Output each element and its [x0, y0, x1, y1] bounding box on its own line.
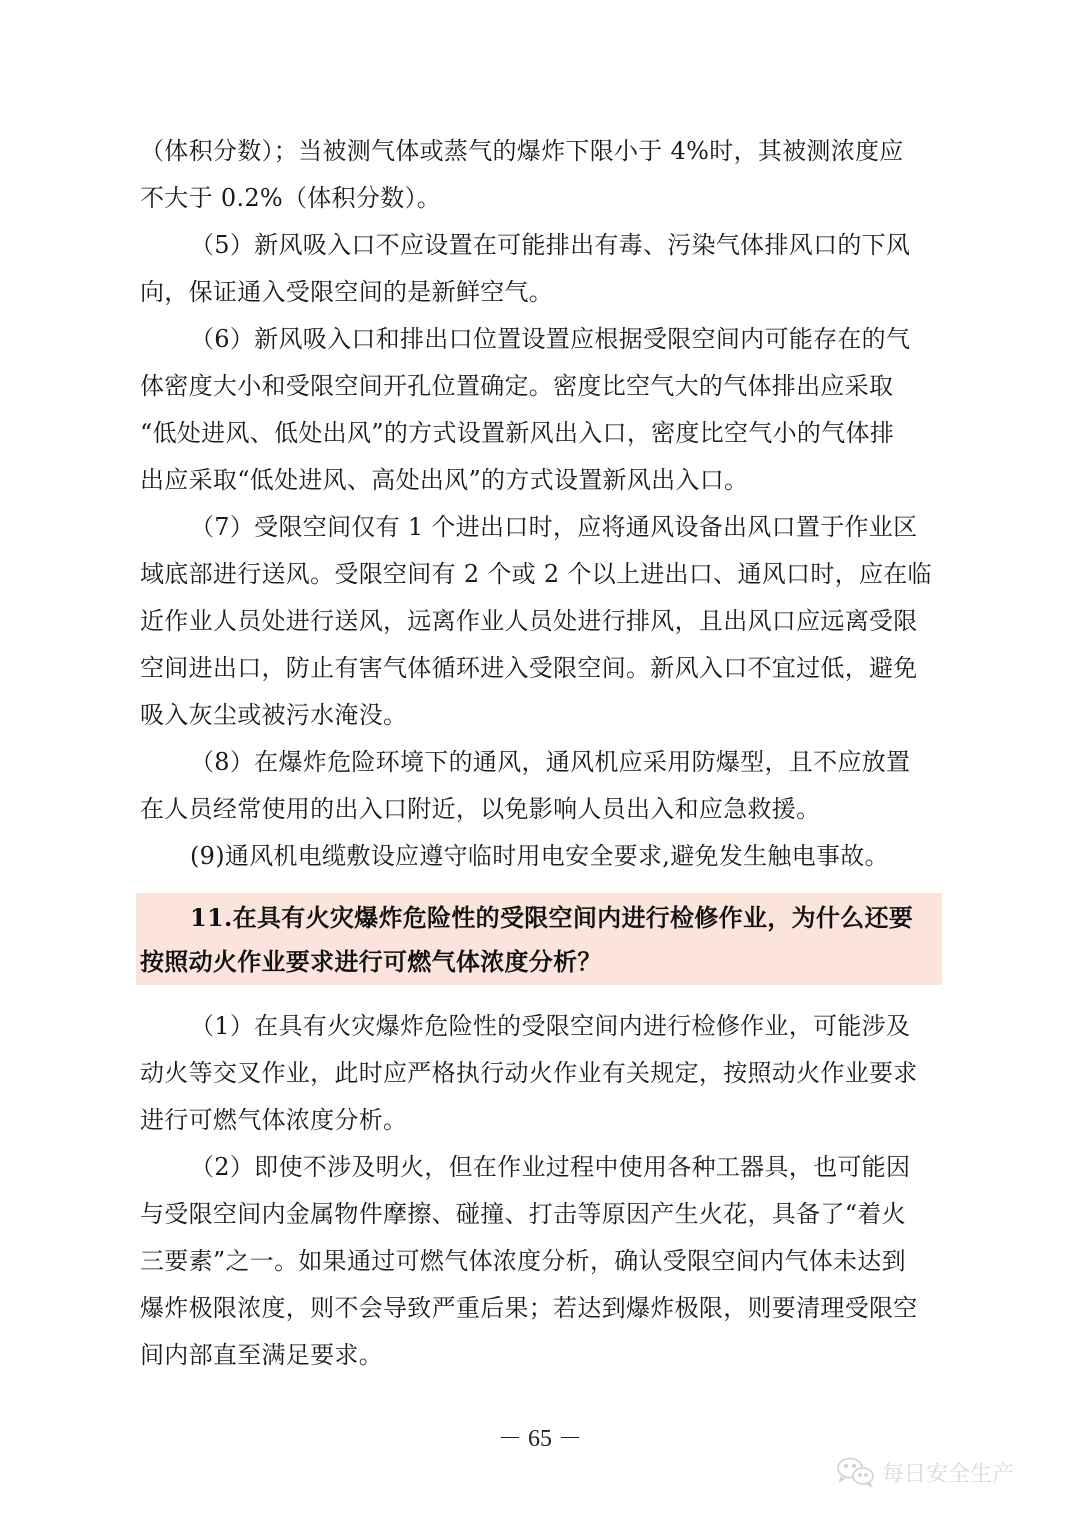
item-7-line: 域底部进行送风。受限空间有 2 个或 2 个以上进出口、通风口时，应在临	[140, 551, 940, 598]
heading-line: 11.在具有火灾爆炸危险性的受限空间内进行检修作业，为什么还要	[140, 896, 940, 940]
item-5-line: 向，保证通入受限空间的是新鲜空气。	[140, 269, 940, 316]
document-page: （体积分数）；当被测气体或蒸气的爆炸下限小于 4%时，其被测浓度应 不大于 0.…	[0, 0, 1080, 1528]
item-7-line: 空间进出口，防止有害气体循环进入受限空间。新风入口不宜过低，避免	[140, 645, 940, 692]
answer-1-line: 进行可燃气体浓度分析。	[140, 1097, 940, 1144]
item-5-line: （5）新风吸入口不应设置在可能排出有毒、污染气体排风口的下风	[140, 222, 940, 269]
watermark: 每日安全生产	[836, 1456, 1014, 1488]
item-7-line: 近作业人员处进行送风，远离作业人员处进行排风，且出风口应远离受限	[140, 598, 940, 645]
item-6-line: （6）新风吸入口和排出口位置设置应根据受限空间内可能存在的气	[140, 316, 940, 363]
item-7-line: （7）受限空间仅有 1 个进出口时，应将通风设备出风口置于作业区	[140, 504, 940, 551]
text-line: 不大于 0.2%（体积分数）。	[140, 175, 940, 222]
body-text-upper: （体积分数）；当被测气体或蒸气的爆炸下限小于 4%时，其被测浓度应 不大于 0.…	[140, 128, 940, 880]
item-8-line: （8）在爆炸危险环境下的通风，通风机应采用防爆型，且不应放置	[140, 739, 940, 786]
item-6-line: “低处进风、低处出风”的方式设置新风出入口，密度比空气小的气体排	[140, 410, 940, 457]
answer-2-line: 三要素”之一。如果通过可燃气体浓度分析，确认受限空间内气体未达到	[140, 1238, 940, 1285]
answer-2-line: 与受限空间内金属物件摩擦、碰撞、打击等原因产生火花，具备了“着火	[140, 1191, 940, 1238]
body-text-lower: （1）在具有火灾爆炸危险性的受限空间内进行检修作业，可能涉及 动火等交叉作业，此…	[140, 1003, 940, 1379]
page-number: － 65 －	[0, 1418, 1080, 1453]
item-8-line: 在人员经常使用的出入口附近，以免影响人员出入和应急救援。	[140, 786, 940, 833]
heading-line: 按照动火作业要求进行可燃气体浓度分析？	[140, 940, 940, 984]
item-9-line: (9)通风机电缆敷设应遵守临时用电安全要求,避免发生触电事故。	[140, 833, 940, 880]
answer-2-line: （2）即使不涉及明火，但在作业过程中使用各种工器具，也可能因	[140, 1144, 940, 1191]
item-7-line: 吸入灰尘或被污水淹没。	[140, 692, 940, 739]
item-6-line: 体密度大小和受限空间开孔位置确定。密度比空气大的气体排出应采取	[140, 363, 940, 410]
answer-2-line: 间内部直至满足要求。	[140, 1332, 940, 1379]
answer-1-line: （1）在具有火灾爆炸危险性的受限空间内进行检修作业，可能涉及	[140, 1003, 940, 1050]
wechat-icon	[836, 1456, 876, 1488]
watermark-text: 每日安全生产	[882, 1457, 1014, 1488]
answer-1-line: 动火等交叉作业，此时应严格执行动火作业有关规定，按照动火作业要求	[140, 1050, 940, 1097]
answer-2-line: 爆炸极限浓度，则不会导致严重后果；若达到爆炸极限，则要清理受限空	[140, 1285, 940, 1332]
item-6-line: 出应采取“低处进风、高处出风”的方式设置新风出入口。	[140, 457, 940, 504]
text-line: （体积分数）；当被测气体或蒸气的爆炸下限小于 4%时，其被测浓度应	[140, 128, 940, 175]
question-heading: 11.在具有火灾爆炸危险性的受限空间内进行检修作业，为什么还要 按照动火作业要求…	[140, 896, 940, 984]
